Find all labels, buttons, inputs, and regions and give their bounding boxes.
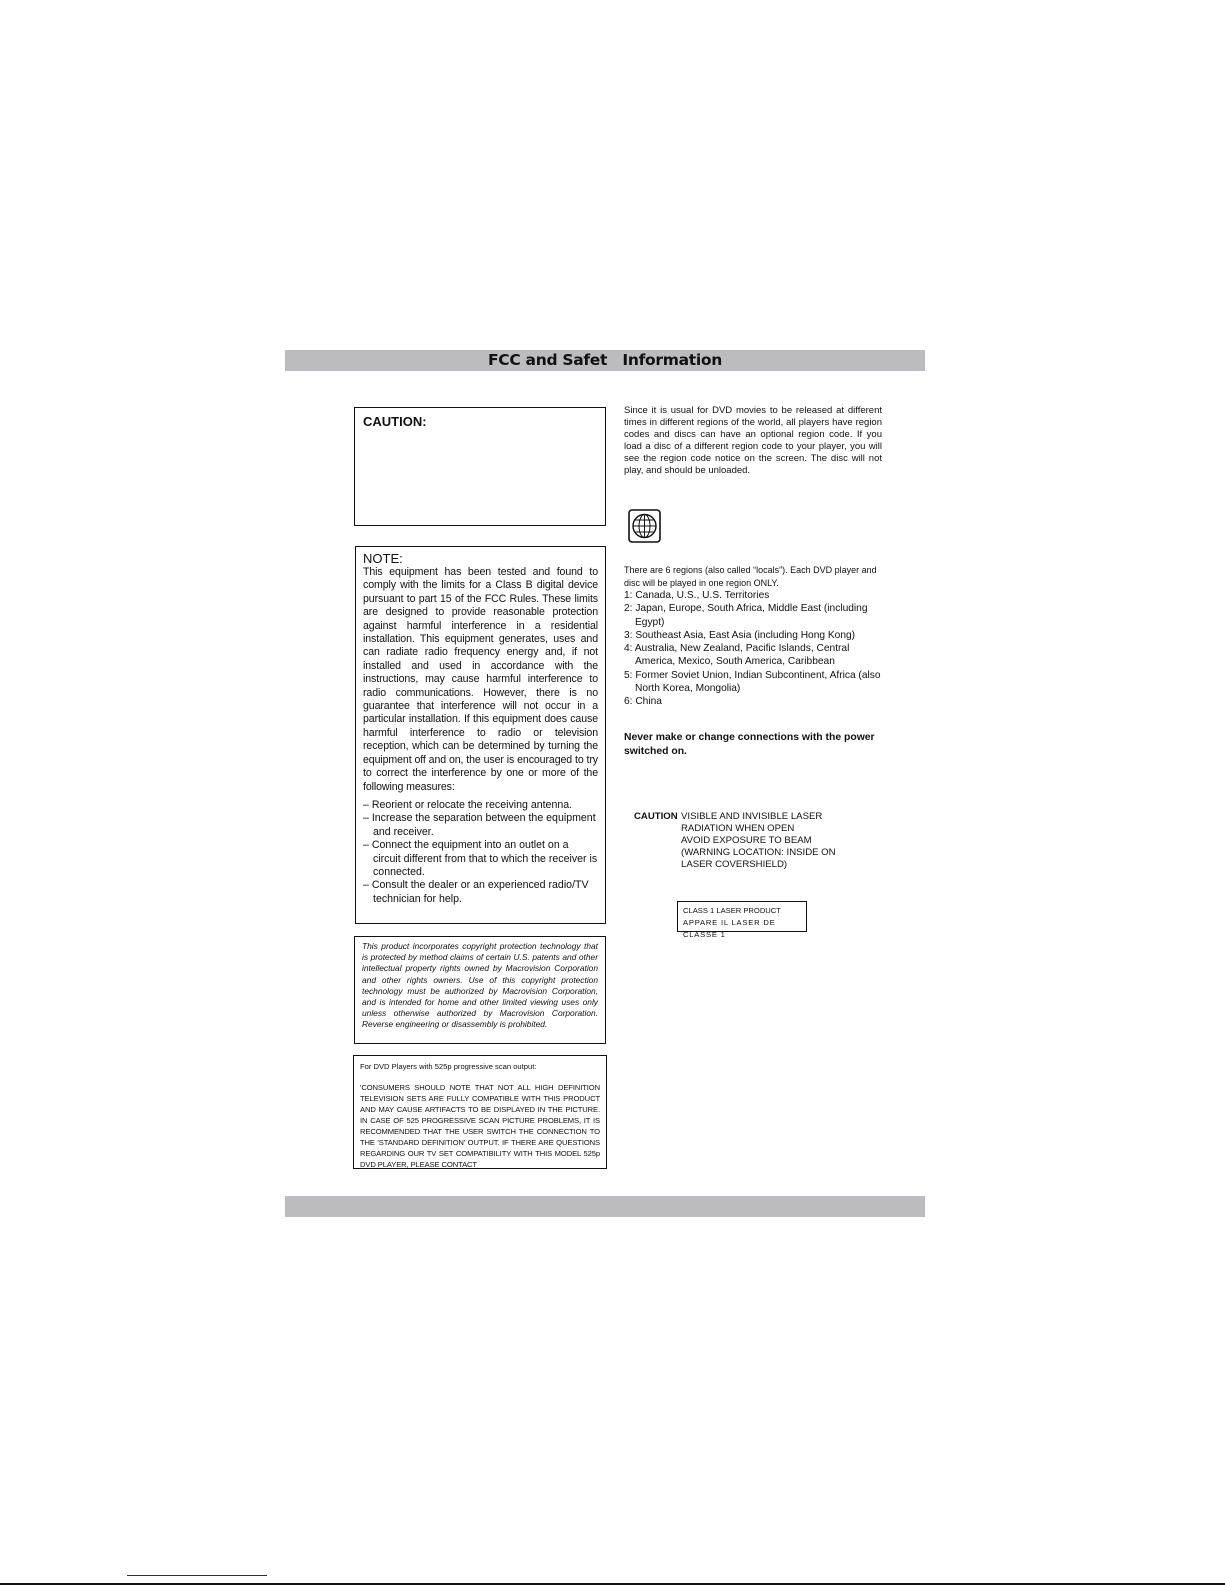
class1-laser-label: CLASS 1 LASER PRODUCT APPARE IL LASER DE… [677,901,807,932]
laser-label-line1: CLASS 1 LASER PRODUCT [683,905,801,917]
region-item: 5: Former Soviet Union, Indian Subcontin… [624,669,882,696]
laser-caution: CAUTION VISIBLE AND INVISIBLE LASER RADI… [634,811,836,871]
regions-list: 1: Canada, U.S., U.S. Territories 2: Jap… [624,589,882,709]
fcc-note-box: NOTE: This equipment has been tested and… [355,546,606,924]
scan-heading: For DVD Players with 525p progressive sc… [360,1061,600,1072]
laser-line: LASER COVERSHIELD) [681,859,836,871]
region-item: 6: China [624,695,882,708]
note-body: This equipment has been tested and found… [363,566,598,794]
laser-caution-label: CAUTION [634,811,681,823]
measure-item: – Reorient or relocate the receiving ant… [363,799,598,812]
power-warning: Never make or change connections with th… [624,731,882,758]
region-item: 3: Southeast Asia, East Asia (including … [624,629,882,642]
region-globe-icon [628,509,661,543]
region-item: 1: Canada, U.S., U.S. Territories [624,589,882,602]
page-title: FCC and Safet Information [285,350,925,371]
scan-body: 'CONSUMERS SHOULD NOTE THAT NOT ALL HIGH… [360,1082,600,1170]
regions-lead: There are 6 regions (also called “locals… [624,564,882,589]
laser-line: VISIBLE AND INVISIBLE LASER [681,811,836,823]
laser-caution-text: VISIBLE AND INVISIBLE LASER RADIATION WH… [681,811,836,871]
caution-title: CAUTION: [363,414,427,429]
footer-bar [285,1196,925,1217]
copyright-notice-box: This product incorporates copyright prot… [354,936,606,1044]
measure-item: – Increase the separation between the eq… [363,812,598,839]
laser-label-line2: APPARE IL LASER DE CLASSE 1 [683,917,801,941]
note-title: NOTE: [363,551,598,566]
region-item: 4: Australia, New Zealand, Pacific Islan… [624,642,882,669]
measure-item: – Consult the dealer or an experienced r… [363,879,598,906]
measure-item: – Connect the equipment into an outlet o… [363,839,598,879]
header-bar: FCC and Safet Information [285,350,925,371]
region-item: 2: Japan, Europe, South Africa, Middle E… [624,602,882,629]
progressive-scan-box: For DVD Players with 525p progressive sc… [353,1055,607,1169]
laser-line: RADIATION WHEN OPEN [681,823,836,835]
link-underline [127,1575,267,1576]
laser-line: AVOID EXPOSURE TO BEAM [681,835,836,847]
regions-section: There are 6 regions (also called “locals… [624,564,882,709]
measures-list: – Reorient or relocate the receiving ant… [363,799,598,906]
region-intro: Since it is usual for DVD movies to be r… [624,405,882,478]
caution-box: CAUTION: [354,407,606,526]
laser-line: (WARNING LOCATION: INSIDE ON [681,847,836,859]
